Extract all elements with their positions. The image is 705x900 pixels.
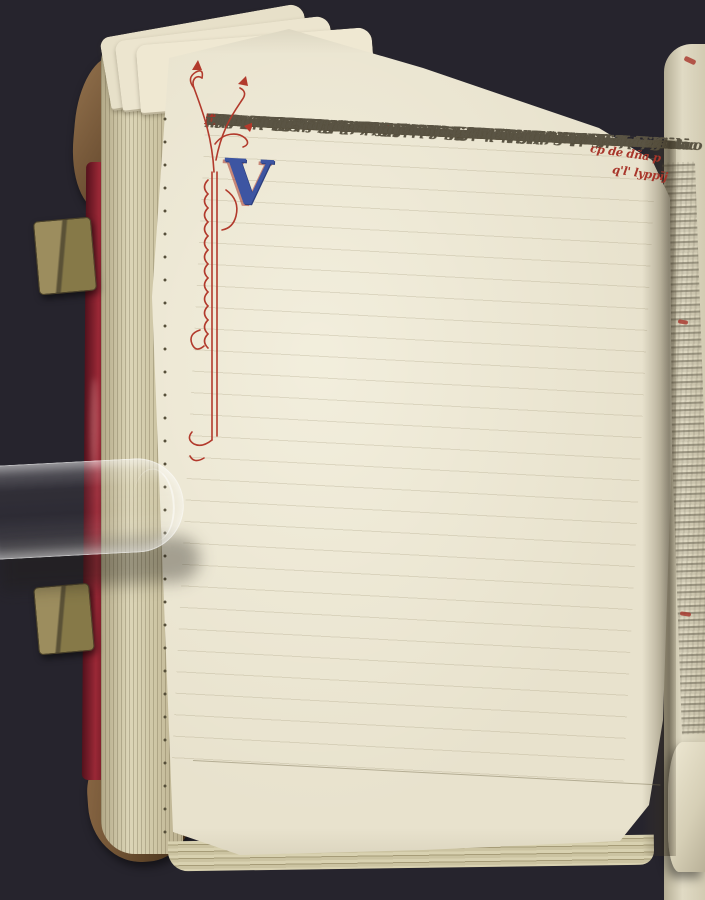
illuminated-initial: V	[222, 151, 273, 215]
photograph-of-manuscript: V mat iter benedicit amplexat 7 stat sup…	[0, 0, 705, 900]
fastening-tab-upper	[33, 217, 97, 296]
penwork-flourish	[182, 40, 252, 480]
glass-rod-page-weight	[0, 456, 186, 560]
gutter-shadow	[642, 140, 676, 856]
fastening-tab-lower	[33, 583, 95, 656]
